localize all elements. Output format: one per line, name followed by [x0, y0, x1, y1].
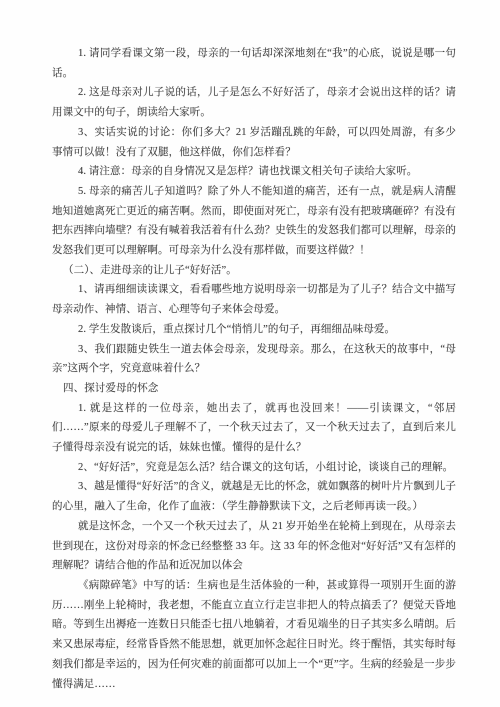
document-page: 1. 请同学看课文第一段，母亲的一句话却深深地刻在“我”的心底，说说是哪一句话。… [0, 0, 500, 707]
numbered-item-2: 2. 这是母亲对儿子说的话，儿子是怎么不好好活了，母亲才会说出这样的话？请用课文… [52, 83, 456, 122]
lesson-plan-text: 1. 请同学看课文第一段，母亲的一句话却深深地刻在“我”的心底，说说是哪一句话。… [52, 44, 456, 694]
numbered-item-s2-3: 3、我们跟随史铁生一道去体会母亲，发现母亲。那么，在这秋天的故事中，“母亲”这两… [52, 340, 456, 379]
numbered-item-4: 4. 请注意：母亲的自身情况又是怎样？请也找课文相关句子读给大家听。 [52, 162, 456, 182]
numbered-item-s2-2: 2. 学生发散谈后，重点探讨几个“悄悄儿”的句子，再细细品味母爱。 [52, 320, 456, 340]
numbered-item-s4-2: 2、“好好活”，究竟是怎么活？结合课文的这句话，小组讨论，谈谈自己的理解。 [52, 458, 456, 478]
section-heading-2: （二）、走进母亲的让儿子“好好活”。 [52, 261, 456, 281]
bingxisuibi-quote: 《病隙碎笔》中写的话：生病也是生活体验的一种，甚或算得一项别开生面的游历……刚坐… [52, 576, 456, 694]
numbered-item-1: 1. 请同学看课文第一段，母亲的一句话却深深地刻在“我”的心底，说说是哪一句话。 [52, 44, 456, 83]
numbered-item-s4-3: 3、越是懂得“好好活”的含义，就越是无比的怀念，就如飘落的树叶片片飘到儿子的心里… [52, 477, 456, 516]
section-heading-4: 四、探讨爱母的怀念 [52, 379, 456, 399]
numbered-item-s4-1: 1. 就是这样的一位母亲，她出去了，就再也没回来！——引读课文，“邻居们……”原… [52, 399, 456, 458]
numbered-item-s2-1: 1、请再细细读读课文，看看哪些地方说明母亲一切都是为了儿子？结合文中描写母亲动作… [52, 280, 456, 319]
huainian-paragraph: 就是这怀念，一个又一个秋天过去了，从 21 岁开始坐在轮椅上到现在，从母亲去世到… [52, 517, 456, 576]
numbered-item-5: 5. 母亲的痛苦儿子知道吗？除了外人不能知道的痛苦，还有一点，就是病人清醒地知道… [52, 182, 456, 261]
numbered-item-3: 3、实话实说的讨论：你们多大？21 岁活蹦乱跳的年龄，可以四处周游，有多少事情可… [52, 123, 456, 162]
